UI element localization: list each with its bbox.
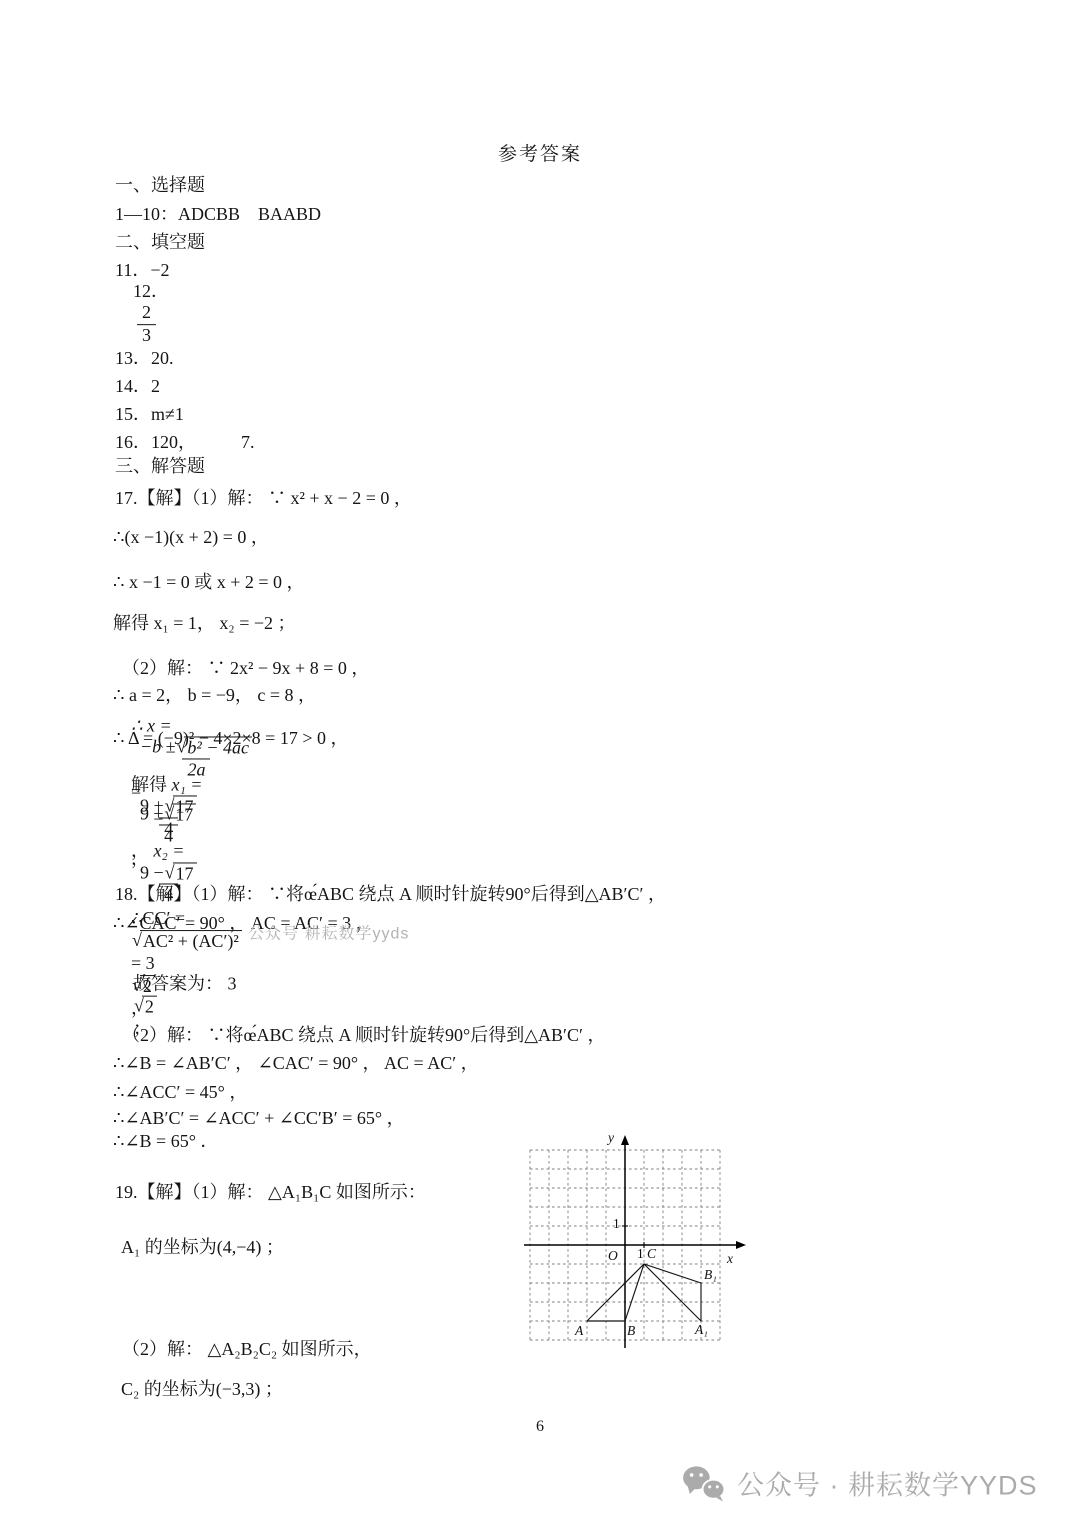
choice-section-heading: 一、选择题 [115,174,205,197]
figure-label-1: 1 [613,1216,620,1231]
radicand: 17 [173,862,197,884]
radicand: 17 [173,795,197,817]
page-number: 6 [0,1418,1080,1436]
fraction-numerator: 2 [137,302,156,324]
choice-answers: 1—10：ADCBB BAABD [115,203,321,226]
fraction-numerator: 9 + √ 17 [135,795,203,817]
q17-line-4: 解得 x₁ = 1， x₂ = −2 ； [113,612,296,635]
watermark-text: 公众号 耕耘数学yyds [248,921,409,944]
figure-label-x: x [726,1251,733,1266]
q19-line-1: 19.【解】（1）解： △A₁B₁C 如图所示： [115,1181,426,1204]
answer-key-page: 参考答案 一、选择题 1—10：ADCBB BAABD 二、填空题 11．−2 … [0,0,1080,1527]
figure-label-B: B [627,1323,635,1338]
text-prefix: 故答案为： 3 [133,973,237,993]
q19-line-4: C₂ 的坐标为(−3,3) ； [121,1378,283,1401]
footer-brand-text: 公众号 · 耕耘数学YYDS [737,1464,1038,1503]
q17-line-3: ∴ x −1 = 0 或 x + 2 = 0 ， [113,571,305,594]
wechat-icon [681,1464,727,1502]
square-root: √ 17 [165,795,197,817]
triangle-ABC [587,1264,644,1321]
figure-label-y: y [606,1130,614,1145]
fill-answer-16: 16．120， 7. [115,431,255,454]
triangle-CB1A1 [644,1264,701,1321]
fraction-denominator: 4 [159,817,178,840]
square-root: √ 2 [134,996,157,1018]
square-root: √ 17 [165,862,197,884]
figure-label-B₁: B₁ [704,1267,717,1282]
q19-line-3: （2）解： △A₂B₂C₂ 如图所示， [122,1338,372,1361]
figure-label-A₁: A₁ [694,1322,708,1337]
fill-answer-12-label: 12． [133,281,169,301]
q18-line-8: ∴∠AB′C′ = ∠ACC′ + ∠CC′B′ = 65° ， [113,1107,405,1130]
q18-line-9: ∴∠B = 65° ． [113,1130,218,1153]
fill-section-heading: 二、填空题 [115,231,205,254]
fill-answer-14: 14．2 [115,375,160,398]
math-prefix: ∴ x = [131,715,172,735]
math-prefix: ∴CC′ = [131,908,185,928]
square-root: √ AC² + (AC′)² [132,930,242,952]
fraction-numerator: 9 − √ 17 [135,862,203,884]
solve-section-heading: 三、解答题 [115,455,205,478]
footer-brand: 公众号 · 耕耘数学YYDS [681,1464,1038,1503]
math-mid: x₂ = [149,841,184,861]
coordinate-grid-figure: yxO11CABA₁B₁ [518,1126,750,1352]
fill-answer-15: 15．m≠1 [115,403,184,426]
radicand: 2 [142,996,157,1018]
q17-line-5: （2）解： ∵ 2x² − 9x + 8 = 0 ， [122,657,369,680]
math-prefix: x₁ = [172,774,203,794]
q17-line-1: 17.【解】（1）解： ∵ x² + x − 2 = 0 ， [115,487,412,510]
figure-label-A: A [574,1323,584,1338]
figure-label-O: O [608,1248,618,1263]
x-axis-arrow [736,1241,746,1249]
fraction-denominator: 3 [137,324,156,347]
text-mid: ， [131,841,149,861]
numerator-text: 9 − [140,862,164,884]
q18-line-7: ∴∠ACC′ = 45° ， [113,1081,247,1104]
fill-answer-12-fraction: 2 3 [137,302,156,346]
numerator-text: 9 + [140,796,164,818]
y-axis-arrow [621,1135,629,1145]
q19-line-2: A₁ 的坐标为(4,−4) ； [121,1236,284,1259]
root1-fraction: 9 + √ 17 4 [135,795,203,839]
figure-label-C: C [647,1246,657,1261]
q18-line-5: （2）解： ∵将œ́ABC 绕点 A 顺时针旋转90°后得到△AB′C′ ， [122,1024,605,1047]
radicand: AC² + (AC′)² [140,930,242,952]
page-title: 参考答案 [0,143,1080,167]
q18-line-6: ∴∠B = ∠AB′C′ ， ∠CAC′ = 90° ， AC = AC′ ， [113,1052,479,1075]
figure-label-1: 1 [637,1246,644,1261]
fill-answer-13: 13．20. [115,347,174,370]
text-prefix: 解得 [131,774,172,794]
q17-line-2: ∴(x −1)(x + 2) = 0 ， [113,526,269,549]
figure-svg: yxO11CABA₁B₁ [518,1126,750,1352]
